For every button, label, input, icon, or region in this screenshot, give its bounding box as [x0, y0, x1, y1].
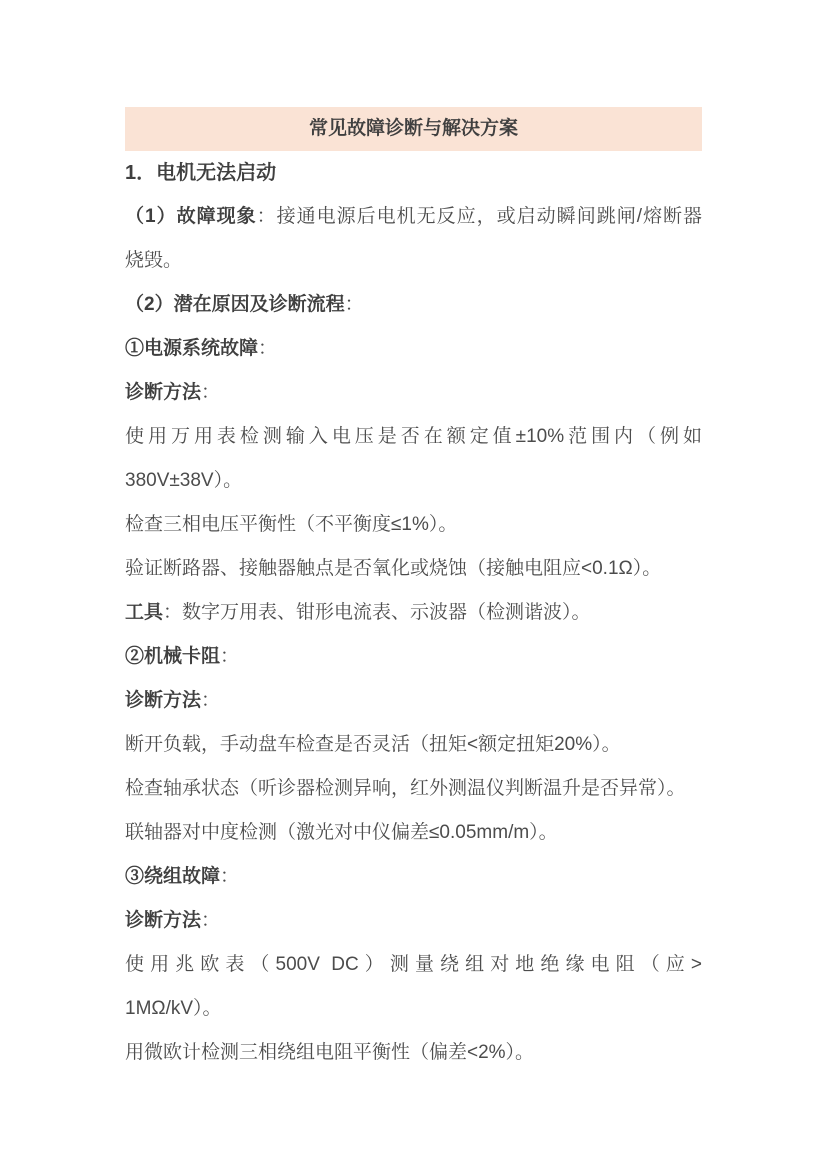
diagnosis-method-label-1: 诊断方法 [125, 382, 201, 403]
cause-2-label: ②机械卡阻 [125, 646, 220, 667]
cause-2-mechanical-line: ②机械卡阻： [125, 635, 702, 679]
tools-line: 工具：数字万用表、钳形电流表、示波器（检测谐波）。 [125, 591, 702, 635]
diagnosis-method-line-1: 诊断方法： [125, 371, 702, 415]
cause-3-label: ③绕组故障 [125, 866, 220, 887]
bearing-check-line: 检查轴承状态（听诊器检测异响，红外测温仪判断温升是否异常）。 [125, 767, 702, 811]
title-banner: 常见故障诊断与解决方案 [125, 107, 702, 151]
phase-balance-line: 检查三相电压平衡性（不平衡度≤1%）。 [125, 503, 702, 547]
section-1-heading: 1．电机无法启动 [125, 151, 702, 195]
voltage-check-line-1: 使用万用表检测输入电压是否在额定值±10%范围内（例如 [125, 415, 702, 459]
cause-3-winding-line: ③绕组故障： [125, 855, 702, 899]
fault-symptom-line-1: （1）故障现象：接通电源后电机无反应，或启动瞬间跳闸/熔断器 [125, 195, 702, 239]
diagnosis-method-label-3: 诊断方法 [125, 910, 201, 931]
tools-label: 工具 [125, 602, 163, 623]
diagnosis-method-line-3: 诊断方法： [125, 899, 702, 943]
resistance-balance-line: 用微欧计检测三相绕组电阻平衡性（偏差<2%）。 [125, 1031, 702, 1075]
document-page: 常见故障诊断与解决方案 1．电机无法启动 （1）故障现象：接通电源后电机无反应，… [0, 0, 826, 1169]
fault-symptom-label: （1）故障现象 [125, 206, 257, 227]
voltage-check-line-2: 380V±38V）。 [125, 459, 702, 503]
fault-symptom-line-2: 烧毁。 [125, 239, 702, 283]
cause-1-label: ①电源系统故障 [125, 338, 258, 359]
causes-heading-line: （2）潜在原因及诊断流程： [125, 283, 702, 327]
diagnosis-method-label-2: 诊断方法 [125, 690, 201, 711]
page-title: 常见故障诊断与解决方案 [309, 118, 518, 139]
breaker-contact-line: 验证断路器、接触器触点是否氧化或烧蚀（接触电阻应<0.1Ω）。 [125, 547, 702, 591]
diagnosis-method-line-2: 诊断方法： [125, 679, 702, 723]
insulation-test-line-1: 使用兆欧表（500V DC）测量绕组对地绝缘电阻（应> [125, 943, 702, 987]
causes-heading-label: （2）潜在原因及诊断流程 [125, 294, 345, 315]
load-disconnect-line: 断开负载，手动盘车检查是否灵活（扭矩<额定扭矩20%）。 [125, 723, 702, 767]
cause-1-power-system-line: ①电源系统故障： [125, 327, 702, 371]
insulation-test-line-2: 1MΩ/kV）。 [125, 987, 702, 1031]
coupling-alignment-line: 联轴器对中度检测（激光对中仪偏差≤0.05mm/m）。 [125, 811, 702, 855]
